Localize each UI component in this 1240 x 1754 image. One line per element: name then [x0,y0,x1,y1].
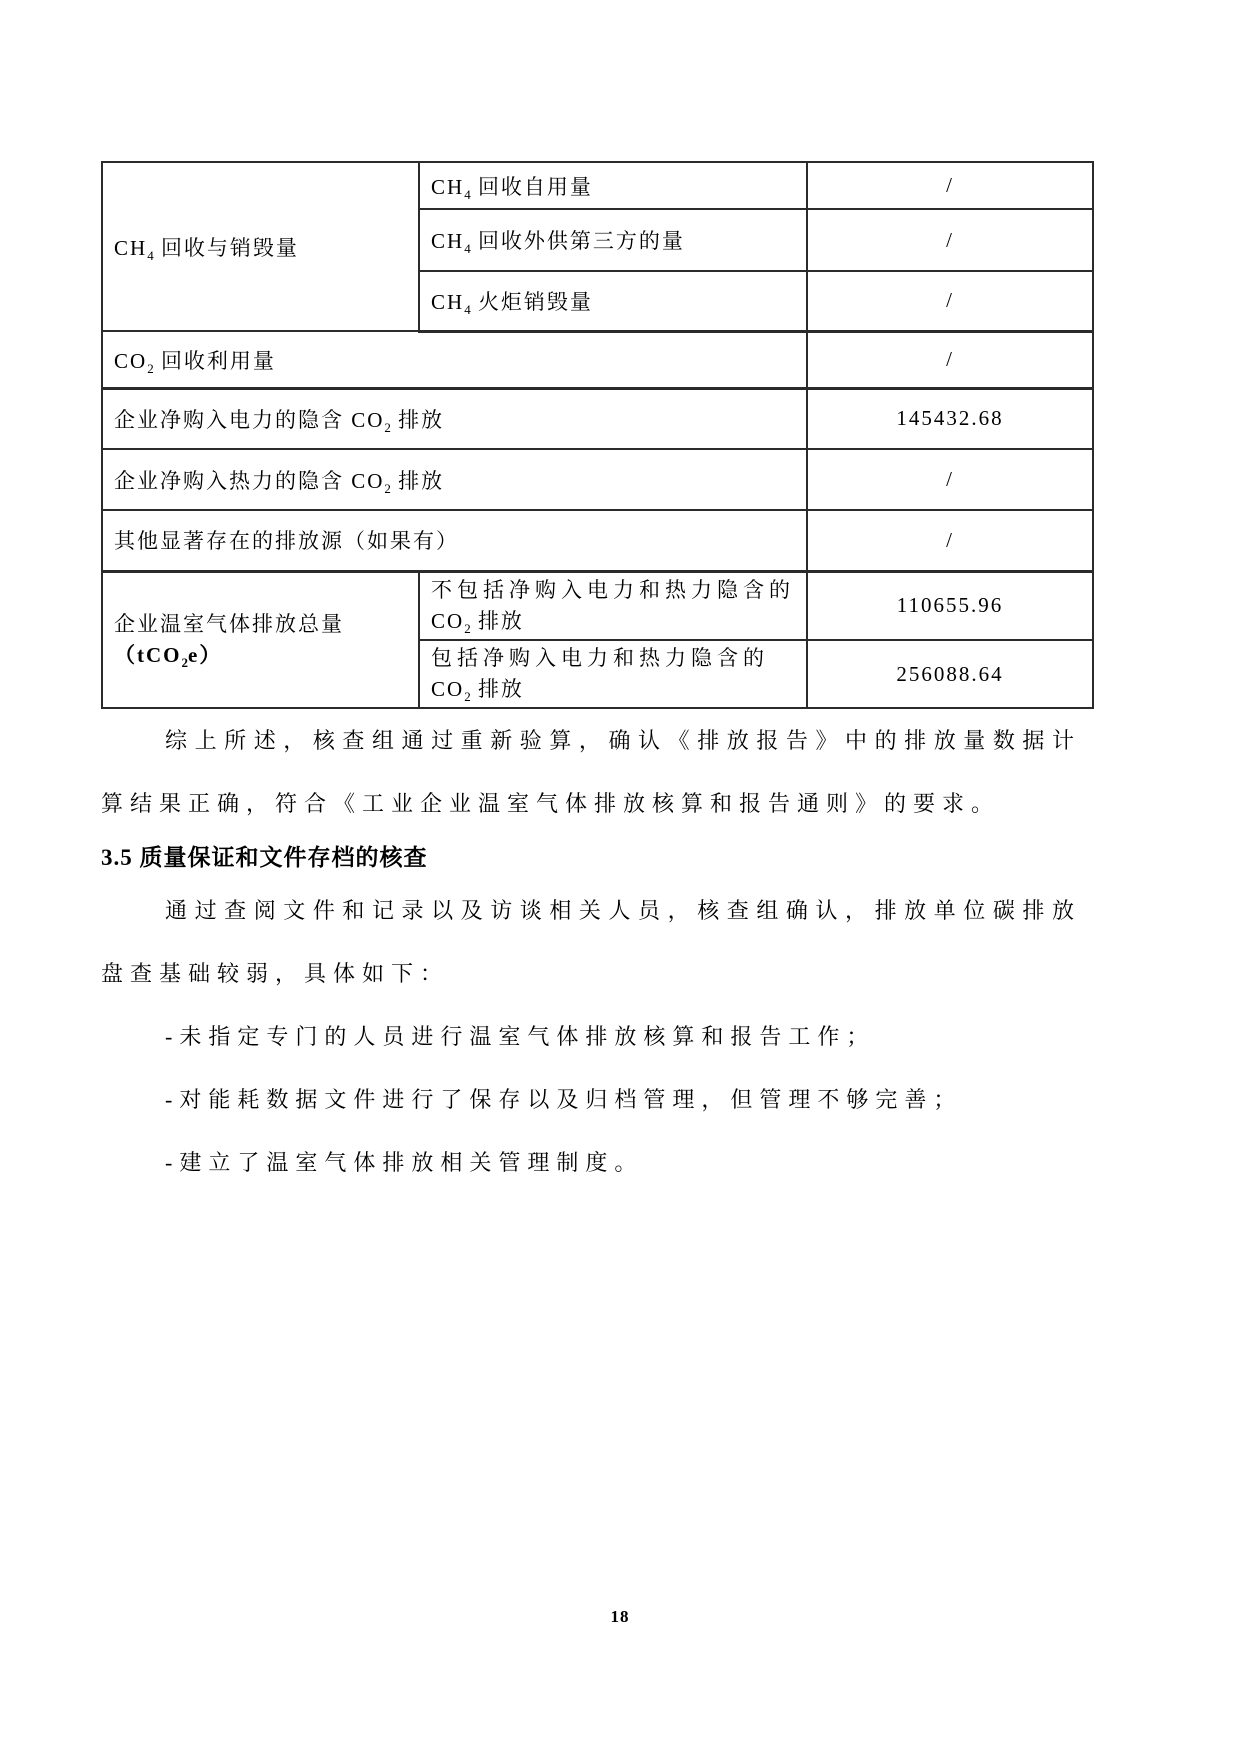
chem-formula: CO [431,677,464,701]
table-row: 企业温室气体排放总量（tCO2e） 不包括净购入电力和热力隐含的CO2 排放 1… [102,571,1093,640]
cell-value: 145432.68 [807,388,1093,449]
bullet-item: -建立了温室气体排放相关管理制度。 [101,1131,1081,1194]
cell-electricity-implied-co2: 企业净购入电力的隐含 CO2 排放 [102,388,807,449]
chem-formula: CH [431,290,464,314]
cell-value: / [807,331,1093,388]
table-row: 其他显著存在的排放源（如果有） / [102,510,1093,571]
label-text: 包括净购入电力和热力隐含的 [431,646,769,670]
cell-total-excluding-purchased-energy: 不包括净购入电力和热力隐含的CO2 排放 [419,571,807,640]
label-text: 不包括净购入电力和热力隐含的 [431,578,795,602]
chem-formula: CH [431,229,464,253]
unit-label: （tCO2e） [114,643,222,667]
label-text: 排放 [471,677,524,701]
cell-other-emission-sources: 其他显著存在的排放源（如果有） [102,510,807,571]
chem-formula: CO [114,349,147,373]
chem-formula: CO [431,609,464,633]
label-text: （tCO [114,643,182,667]
cell-heat-implied-co2: 企业净购入热力的隐含 CO2 排放 [102,449,807,510]
cell-value: 256088.64 [807,640,1093,708]
document-page: CH4 回收与销毁量 CH4 回收自用量 / CH4 回收外供第三方的量 / C… [0,0,1240,1754]
chem-formula: CH [114,236,147,260]
label-text: 回收外供第三方的量 [471,229,685,253]
label-text: 排放 [391,469,444,493]
cell-ch4-recovery-third-party: CH4 回收外供第三方的量 [419,209,807,271]
cell-ch4-flare-destruction: CH4 火炬销毁量 [419,271,807,331]
cell-value: / [807,209,1093,271]
label-text: 排放 [391,408,444,432]
label-text: e） [188,643,222,667]
chem-formula: CH [431,175,464,199]
label-text: 回收自用量 [471,175,593,199]
paragraph-qa-intro: 通过查阅文件和记录以及访谈相关人员，核查组确认，排放单位碳排放盘查基础较弱，具体… [101,879,1081,1005]
label-text: 企业温室气体排放总量 [114,612,344,636]
cell-total-ghg-emissions-group: 企业温室气体排放总量（tCO2e） [102,571,419,708]
label-text: 企业净购入电力的隐含 CO [114,408,384,432]
label-text: 企业净购入热力的隐含 CO [114,469,384,493]
label-text: 排放 [471,609,524,633]
table-row: 企业净购入电力的隐含 CO2 排放 145432.68 [102,388,1093,449]
emissions-summary-table: CH4 回收与销毁量 CH4 回收自用量 / CH4 回收外供第三方的量 / C… [101,161,1094,709]
label-text: 火炬销毁量 [471,290,593,314]
table-row: 企业净购入热力的隐含 CO2 排放 / [102,449,1093,510]
cell-ch4-recovery-self-use: CH4 回收自用量 [419,162,807,209]
page-number: 18 [0,1607,1240,1627]
table-row: CH4 回收与销毁量 CH4 回收自用量 / [102,162,1093,209]
cell-value: / [807,162,1093,209]
bullet-item: -未指定专门的人员进行温室气体排放核算和报告工作； [101,1005,1081,1068]
cell-value: / [807,510,1093,571]
page-content: CH4 回收与销毁量 CH4 回收自用量 / CH4 回收外供第三方的量 / C… [101,161,1092,1194]
cell-value: 110655.96 [807,571,1093,640]
cell-ch4-recovery-destruction-group: CH4 回收与销毁量 [102,162,419,331]
table-row: CO2 回收利用量 / [102,331,1093,388]
cell-co2-recovery-use: CO2 回收利用量 [102,331,807,388]
cell-total-including-purchased-energy: 包括净购入电力和热力隐含的CO2 排放 [419,640,807,708]
bullet-item: -对能耗数据文件进行了保存以及归档管理，但管理不够完善； [101,1068,1081,1131]
cell-value: / [807,449,1093,510]
paragraph-verification-summary: 综上所述，核查组通过重新验算，确认《排放报告》中的排放量数据计算结果正确，符合《… [101,709,1081,835]
label-text: 回收利用量 [154,349,276,373]
label-text: 回收与销毁量 [154,236,299,260]
section-heading-3-5: 3.5 质量保证和文件存档的核查 [101,837,1081,879]
cell-value: / [807,271,1093,331]
